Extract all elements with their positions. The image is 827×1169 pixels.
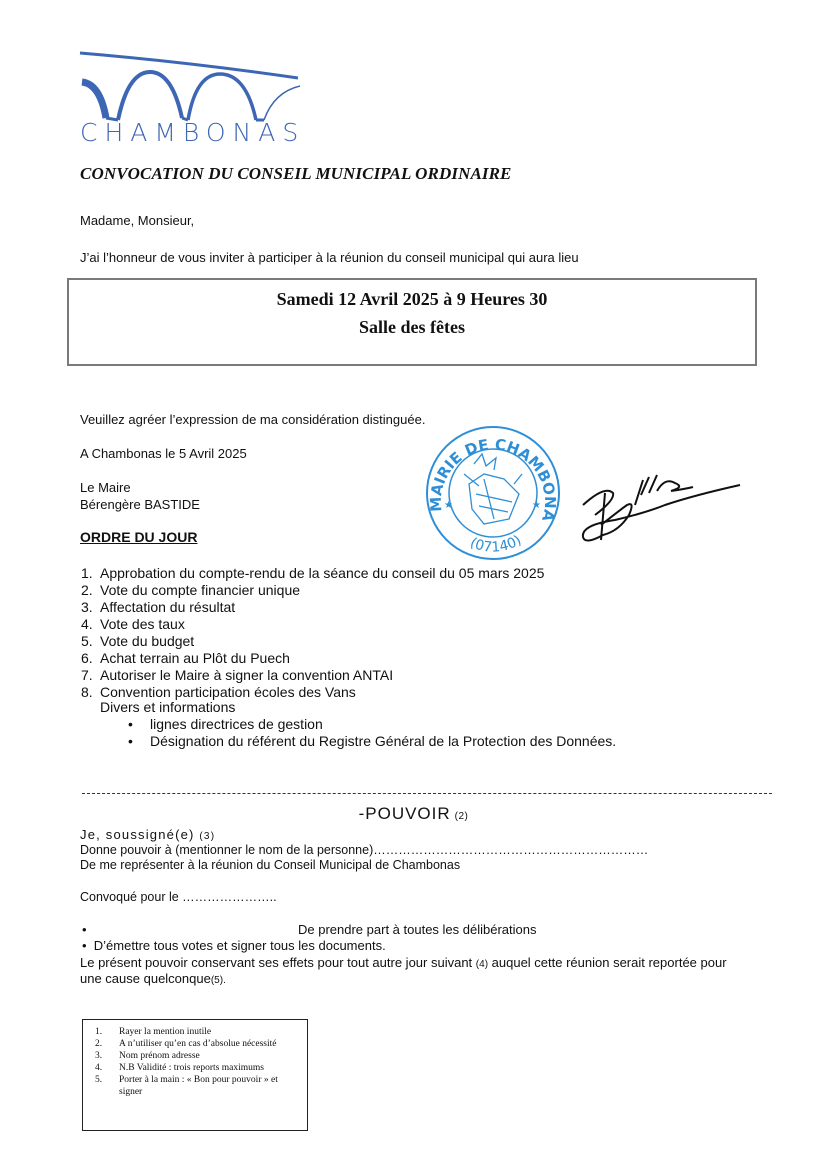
- signature-icon: [575, 465, 745, 555]
- footnote: 3.Nom prénom adresse: [95, 1050, 307, 1062]
- divers-item: •lignes directrices de gestion: [128, 716, 616, 733]
- divers-item: •Désignation du référent du Registre Gén…: [128, 733, 616, 750]
- document-title: CONVOCATION DU CONSEIL MUNICIPAL ORDINAI…: [80, 164, 511, 184]
- soussigne-line: Je, soussigné(e) (3): [80, 827, 215, 842]
- signatory-name: Bérengère BASTIDE: [80, 497, 200, 512]
- footnotes-box: 1.Rayer la mention inutile 2.A n’utilise…: [82, 1019, 308, 1131]
- agenda-item: 2.Vote du compte financier unique: [81, 582, 544, 599]
- chambonas-logo: CHAMBONAS: [78, 48, 308, 153]
- agenda-item: 3.Affectation du résultat: [81, 599, 544, 616]
- svg-text:★: ★: [444, 500, 453, 511]
- agenda-heading: ORDRE DU JOUR: [80, 529, 197, 545]
- bullet-1: •: [82, 922, 87, 937]
- pouvoir-heading: -POUVOIR(2): [0, 804, 827, 824]
- footnote: 1.Rayer la mention inutile: [95, 1026, 307, 1038]
- agenda-item: 7.Autoriser le Maire à signer la convent…: [81, 667, 544, 684]
- meeting-datetime: Samedi 12 Avril 2025 à 9 Heures 30: [69, 289, 755, 310]
- agenda-item: 4.Vote des taux: [81, 616, 544, 633]
- divers-list: •lignes directrices de gestion •Désignat…: [128, 716, 616, 750]
- validity-line-2: une cause quelconque(5).: [80, 971, 226, 986]
- official-stamp-icon: MAIRIE DE CHAMBONAS (07140) ★ ★: [424, 424, 562, 562]
- place-date: A Chambonas le 5 Avril 2025: [80, 446, 247, 461]
- svg-text:(07140): (07140): [468, 532, 525, 555]
- meeting-info-box: Samedi 12 Avril 2025 à 9 Heures 30 Salle…: [67, 278, 757, 366]
- mairie-stamp: MAIRIE DE CHAMBONAS (07140) ★ ★: [424, 424, 562, 562]
- agenda-list: 1.Approbation du compte-rendu de la séan…: [81, 565, 544, 701]
- validity-line-1: Le présent pouvoir conservant ses effets…: [80, 955, 727, 970]
- signatory-role: Le Maire: [80, 480, 131, 495]
- divers-heading: Divers et informations: [100, 699, 235, 715]
- represente-line: De me représenter à la réunion du Consei…: [80, 858, 460, 872]
- intro-paragraph: J’ai l’honneur de vous inviter à partici…: [80, 250, 579, 265]
- mayor-signature: [575, 465, 745, 555]
- bullet-2: • D’émettre tous votes et signer tous le…: [82, 938, 386, 953]
- bridge-arches-icon: [78, 48, 308, 123]
- agenda-item: 6.Achat terrain au Plôt du Puech: [81, 650, 544, 667]
- greeting: Madame, Monsieur,: [80, 213, 194, 228]
- bullet-1-text: De prendre part à toutes les délibératio…: [298, 922, 536, 937]
- footnote: 4.N.B Validité : trois reports maximums: [95, 1062, 307, 1074]
- footnote: 2.A n’utiliser qu’en cas d’absolue néces…: [95, 1038, 307, 1050]
- cut-line-divider: [82, 793, 772, 794]
- meeting-location: Salle des fêtes: [69, 317, 755, 338]
- closing-formula: Veuillez agréer l’expression de ma consi…: [80, 412, 425, 427]
- donne-pouvoir-field[interactable]: Donne pouvoir à (mentionner le nom de la…: [80, 843, 648, 857]
- convoque-field[interactable]: Convoqué pour le …………………..: [80, 890, 277, 904]
- logo-text: CHAMBONAS: [80, 118, 305, 147]
- agenda-item: 1.Approbation du compte-rendu de la séan…: [81, 565, 544, 582]
- svg-text:★: ★: [532, 500, 541, 511]
- agenda-item: 5.Vote du budget: [81, 633, 544, 650]
- footnote: 5.Porter à la main : « Bon pour pouvoir …: [95, 1074, 307, 1098]
